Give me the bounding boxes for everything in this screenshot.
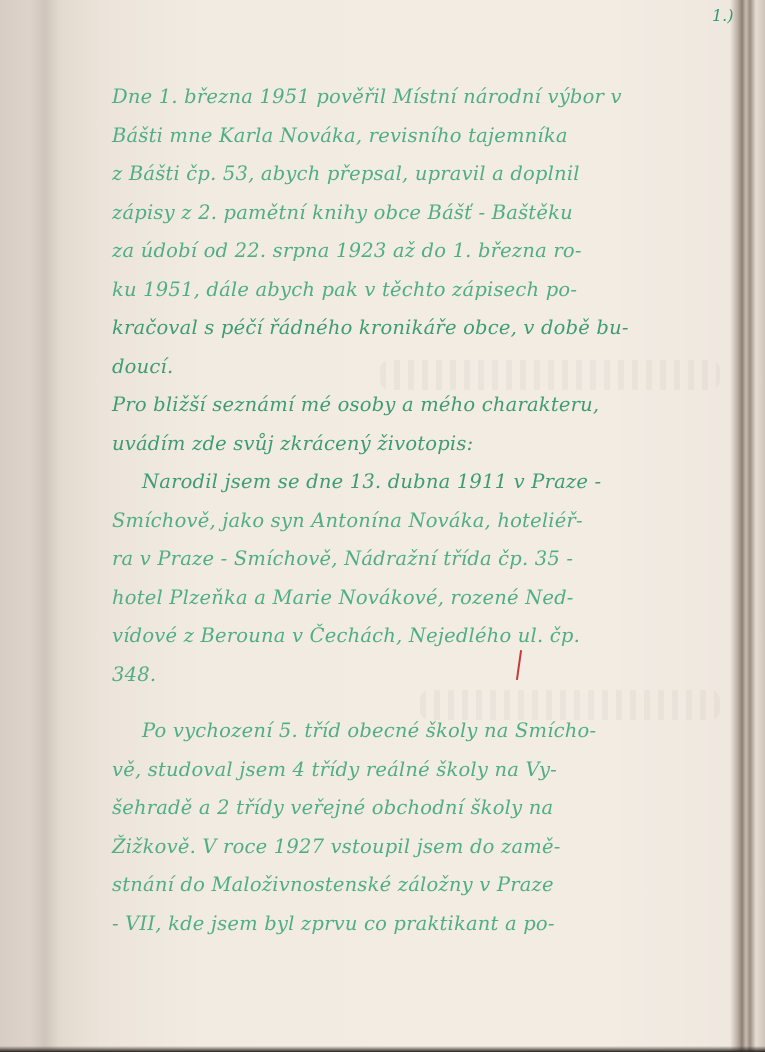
text-line: Narodil jsem se dne 13. dubna 1911 v Pra…	[112, 463, 652, 502]
text-line: ra v Praze - Smíchově, Nádražní třída čp…	[112, 540, 652, 579]
handwritten-text: Dne 1. března 1951 pověřil Místní národn…	[112, 78, 652, 943]
text-line: 348.	[112, 656, 652, 695]
document-page: 1.) Dne 1. března 1951 pověřil Místní ná…	[0, 0, 765, 1052]
page-edge-shadow	[0, 1046, 765, 1052]
text-line: hotel Plzeňka a Marie Novákové, rozené N…	[112, 579, 652, 618]
text-line: z Bášti čp. 53, abych přepsal, upravil a…	[112, 155, 652, 194]
text-line: stnání do Maloživnostenské záložny v Pra…	[112, 866, 652, 905]
text-line: Po vychození 5. tříd obecné školy na Smí…	[112, 712, 652, 751]
text-line: za údobí od 22. srpna 1923 až do 1. břez…	[112, 232, 652, 271]
text-line: Dne 1. března 1951 pověřil Místní národn…	[112, 78, 652, 117]
text-line: Smíchově, jako syn Antonína Nováka, hote…	[112, 502, 652, 541]
text-line: kračoval s péčí řádného kronikáře obce, …	[112, 309, 652, 348]
text-line: Bášti mne Karla Nováka, revisního tajemn…	[112, 117, 652, 156]
text-line: vě, studoval jsem 4 třídy reálné školy n…	[112, 751, 652, 790]
text-line: - VII, kde jsem byl zprvu co praktikant …	[112, 905, 652, 944]
page-number: 1.)	[712, 6, 734, 25]
text-line: zápisy z 2. pamětní knihy obce Bášť - Ba…	[112, 194, 652, 233]
text-line: ku 1951, dále abych pak v těchto zápisec…	[112, 271, 652, 310]
text-line: Žižkově. V roce 1927 vstoupil jsem do za…	[112, 828, 652, 867]
text-line: vídové z Berouna v Čechách, Nejedlého ul…	[112, 617, 652, 656]
text-line: Pro bližší seznámí mé osoby a mého chara…	[112, 386, 652, 425]
text-line: doucí.	[112, 348, 652, 387]
text-line: šehradě a 2 třídy veřejné obchodní školy…	[112, 789, 652, 828]
text-line: uvádím zde svůj zkrácený životopis:	[112, 425, 652, 464]
